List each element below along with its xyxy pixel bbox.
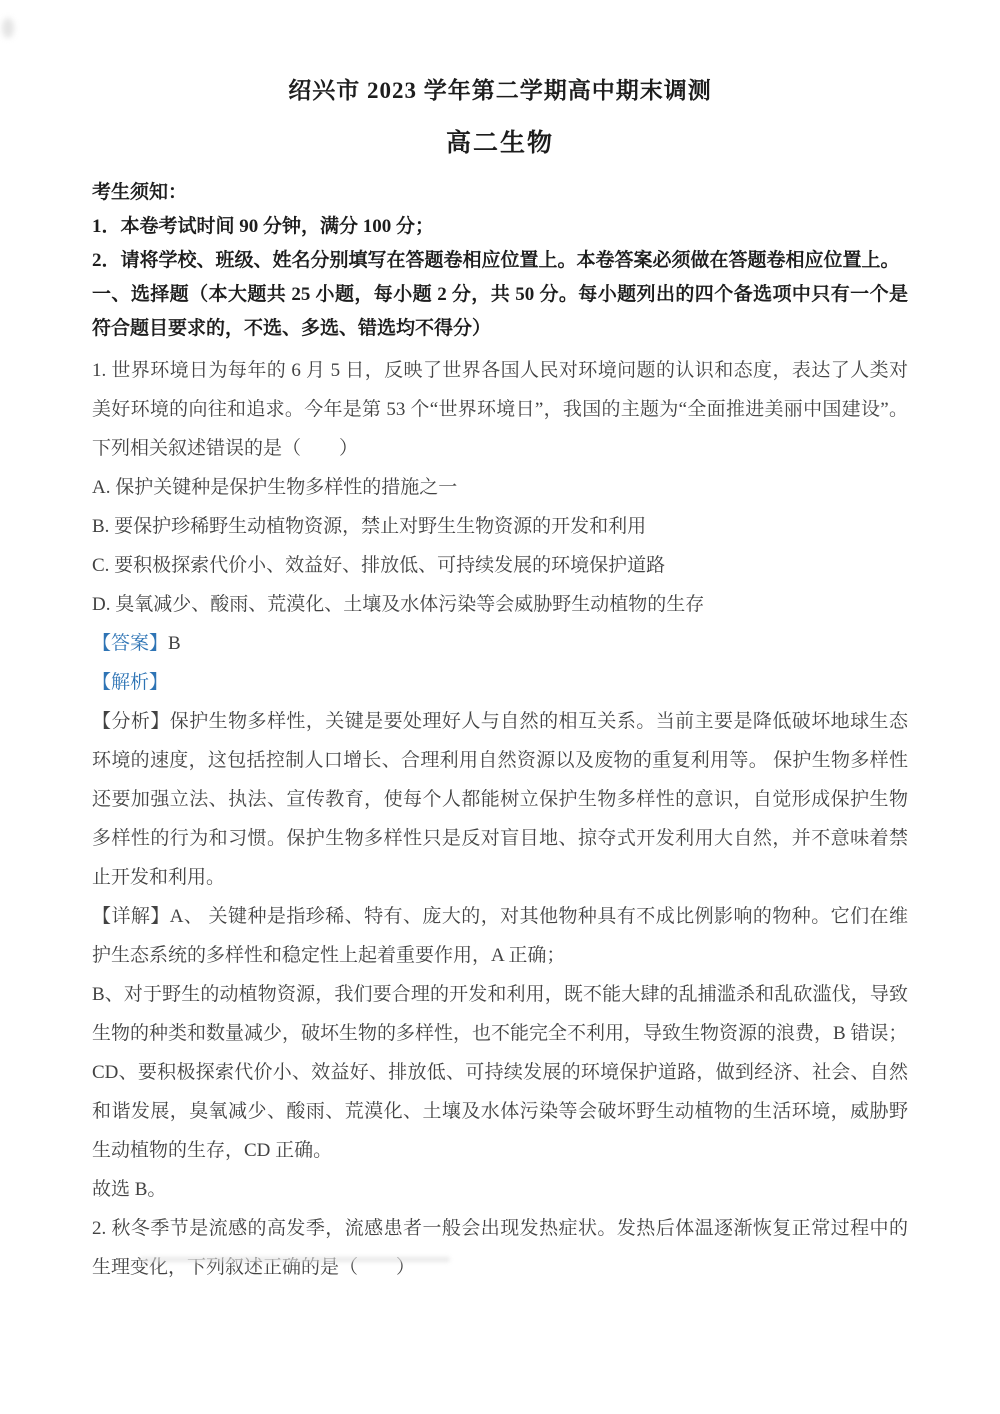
exam-document-page: 绍兴市 2023 学年第二学期高中期末调测 高二生物 考生须知： 1．本卷考试时… <box>0 0 1000 1414</box>
conclusion-line: 故选 B。 <box>92 1170 908 1209</box>
answer-line: 【答案】B <box>92 624 908 663</box>
notice-heading: 考生须知： <box>92 176 908 210</box>
question-1-option-a: A. 保护关键种是保护生物多样性的措施之一 <box>92 468 908 507</box>
question-1-stem: 1. 世界环境日为每年的 6 月 5 日，反映了世界各国人民对环境问题的认识和态… <box>92 351 908 468</box>
detail-paragraph-cd: CD、要积极探索代价小、效益好、排放低、可持续发展的环境保护道路，做到经济、社会… <box>92 1053 908 1170</box>
answer-label: 【答案】 <box>92 633 168 654</box>
scan-artifact-top-left <box>2 18 14 38</box>
question-1-option-b: B. 要保护珍稀野生动植物资源，禁止对野生生物资源的开发和利用 <box>92 507 908 546</box>
notice-item-2: 2．请将学校、班级、姓名分别填写在答题卷相应位置上。本卷答案必须做在答题卷相应位… <box>92 244 908 278</box>
analysis-paragraph: 【分析】保护生物多样性，关键是要处理好人与自然的相互关系。当前主要是降低破坏地球… <box>92 702 908 897</box>
scan-artifact-bottom <box>140 1257 450 1262</box>
section-heading-multiple-choice: 一、选择题（本大题共 25 小题，每小题 2 分，共 50 分。每小题列出的四个… <box>92 278 908 346</box>
exam-subject: 高二生物 <box>92 128 908 160</box>
detail-paragraph-a: 【详解】A、 关键种是指珍稀、特有、庞大的，对其他物种具有不成比例影响的物种。它… <box>92 897 908 975</box>
question-2-block: 2. 秋冬季节是流感的高发季，流感患者一般会出现发热症状。发热后体温逐渐恢复正常… <box>92 1209 908 1287</box>
analysis-label-line: 【解析】 <box>92 663 908 702</box>
answer-value: B <box>168 633 181 654</box>
question-2-stem: 2. 秋冬季节是流感的高发季，流感患者一般会出现发热症状。发热后体温逐渐恢复正常… <box>92 1209 908 1287</box>
analysis-label: 【解析】 <box>92 672 168 693</box>
question-1-block: 1. 世界环境日为每年的 6 月 5 日，反映了世界各国人民对环境问题的认识和态… <box>92 351 908 1209</box>
question-1-option-d: D. 臭氧减少、酸雨、荒漠化、土壤及水体污染等会威胁野生动植物的生存 <box>92 585 908 624</box>
detail-paragraph-b: B、对于野生的动植物资源，我们要合理的开发和利用，既不能大肆的乱捕滥杀和乱砍滥伐… <box>92 975 908 1053</box>
question-1-option-c: C. 要积极探索代价小、效益好、排放低、可持续发展的环境保护道路 <box>92 546 908 585</box>
notice-item-1: 1．本卷考试时间 90 分钟，满分 100 分； <box>92 210 908 244</box>
exam-title: 绍兴市 2023 学年第二学期高中期末调测 <box>92 76 908 106</box>
front-matter: 考生须知： 1．本卷考试时间 90 分钟，满分 100 分； 2．请将学校、班级… <box>92 176 908 346</box>
